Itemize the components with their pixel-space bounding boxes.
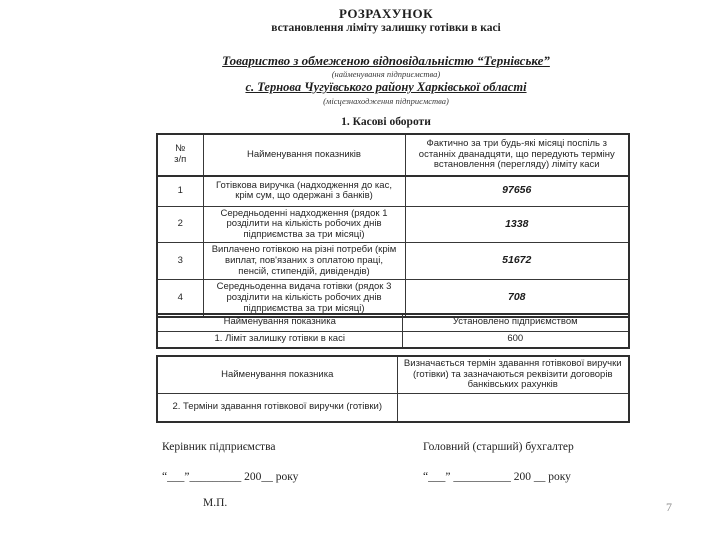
document-subtitle: встановлення ліміту залишку готівки в ка… — [140, 22, 632, 34]
stamp-placeholder: М.П. — [203, 497, 227, 509]
slide-cash-limit-calculation: РОЗРАХУНОК встановлення ліміту залишку г… — [0, 0, 720, 540]
company-name-caption: (найменування підприємства) — [140, 69, 632, 79]
row-number: 1 — [157, 176, 203, 206]
row-value: 708 — [405, 280, 629, 317]
row-value: 600 — [402, 331, 629, 348]
header-set-by-enterprise: Установлено підприємством — [402, 314, 629, 331]
section-title-cash-turnover: 1. Касові обороти — [140, 116, 632, 128]
signature-role-director: Керівник підприємства — [162, 441, 275, 453]
table-row: 4 Середньоденна видача готівки (рядок 3 … — [157, 280, 629, 317]
table-header-row: Найменування показника Визначається терм… — [157, 356, 629, 393]
header-indicator-name: Найменування показника — [157, 314, 402, 331]
row-label: Середньоденна видача готівки (рядок 3 ро… — [203, 280, 405, 317]
header-indicator-name: Найменування показника — [157, 356, 397, 393]
row-number: 2 — [157, 206, 203, 243]
company-location: с. Тернова Чугуївського району Харківськ… — [140, 80, 632, 95]
table-row: 3 Виплачено готівкою на різні потреби (к… — [157, 243, 629, 280]
signature-role-chief-accountant: Головний (старший) бухгалтер — [423, 441, 574, 453]
table-row: 1 Готівкова виручка (надходження до кас,… — [157, 176, 629, 206]
document-title: РОЗРАХУНОК — [140, 6, 632, 22]
signature-date-line-left: “___”_________ 200__ року — [162, 471, 298, 483]
company-name: Товариство з обмеженою відповідальністю … — [140, 53, 632, 69]
row-label: 2. Терміни здавання готівкової виручки (… — [157, 393, 397, 422]
row-label: Середньоденні надходження (рядок 1 розді… — [203, 206, 405, 243]
table-row: 1. Ліміт залишку готівки в касі 600 — [157, 331, 629, 348]
header-delivery-terms-definition: Визначається термін здавання готівкової … — [397, 356, 629, 393]
header-actual-three-months: Фактично за три будь-які місяці поспіль … — [405, 134, 629, 176]
company-location-caption: (місцезнаходження підприємства) — [140, 96, 632, 106]
table-header-row: Найменування показника Установлено підпр… — [157, 314, 629, 331]
signature-date-line-right: “___” __________ 200 __ року — [423, 471, 571, 483]
row-value: 51672 — [405, 243, 629, 280]
row-label: Виплачено готівкою на різні потреби (крі… — [203, 243, 405, 280]
row-value: 97656 — [405, 176, 629, 206]
table-header-row: № з/п Найменування показників Фактично з… — [157, 134, 629, 176]
header-row-number: № з/п — [157, 134, 203, 176]
table-row: 2 Середньоденні надходження (рядок 1 роз… — [157, 206, 629, 243]
table-row: 2. Терміни здавання готівкової виручки (… — [157, 393, 629, 422]
row-number: 4 — [157, 280, 203, 317]
cash-limit-table: Найменування показника Установлено підпр… — [156, 313, 630, 349]
row-value: 1338 — [405, 206, 629, 243]
cash-delivery-terms-table: Найменування показника Визначається терм… — [156, 355, 630, 423]
slide-page-number: 7 — [666, 500, 672, 515]
row-label: 1. Ліміт залишку готівки в касі — [157, 331, 402, 348]
row-label: Готівкова виручка (надходження до кас, к… — [203, 176, 405, 206]
row-number: 3 — [157, 243, 203, 280]
row-value-empty — [397, 393, 629, 422]
header-indicator-name: Найменування показників — [203, 134, 405, 176]
cash-turnover-table: № з/п Найменування показників Фактично з… — [156, 133, 630, 318]
